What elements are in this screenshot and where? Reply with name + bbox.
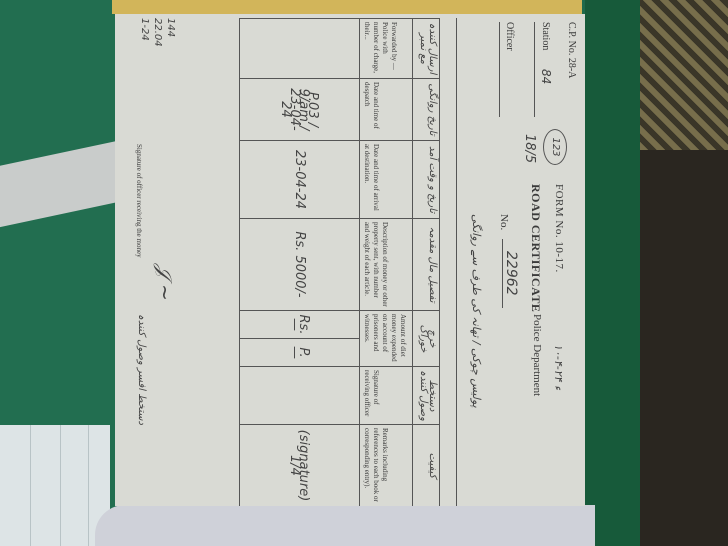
book-page-edges: [112, 0, 582, 14]
cell-diet-rs: Rs. —: [240, 311, 360, 339]
cell-description: Rs. 5000/-: [240, 219, 360, 311]
column-header-diet-money: Amount of diet money expended on account…: [360, 311, 413, 367]
column-header-receiving-officer: Signature of receiving officer: [360, 367, 413, 425]
green-book-cover: [585, 0, 645, 546]
column-header-arrival: Date and time of arrival at destination.: [360, 141, 413, 219]
officer-label: Officer: [504, 22, 515, 51]
department: Police Department: [531, 314, 543, 396]
urdu-subtitle: پولیس چوکی / تھانہ کی طرف سے روانگی: [470, 214, 483, 408]
form-header: C.P. No. 28-A Station 84 Officer 123 18/…: [440, 14, 585, 506]
column-header-row: Forwarded by — Police with number of cha…: [360, 19, 413, 507]
cell-despatch: P.03 / 9/am / 23-04-24: [240, 79, 360, 141]
urdu-header: تاریخ و وقت آمد: [413, 141, 440, 219]
cell-forwarded-by: [240, 19, 360, 79]
urdu-header-row: ارسال کنندہ مع نمبر تاریخ روانگی تاریخ و…: [413, 19, 440, 507]
cell-arrival: 23-04-24: [240, 141, 360, 219]
urdu-header: تفصیل مال مقدمہ: [413, 219, 440, 311]
cp-number: C.P. No. 28-A: [566, 22, 577, 78]
dark-background-right: [640, 0, 728, 546]
road-certificate-form: C.P. No. 28-A Station 84 Officer 123 18/…: [115, 14, 585, 506]
number-label: No.: [498, 214, 510, 230]
left-margin-notes: 144 22.04 1-24: [138, 18, 177, 47]
urdu-header: تاریخ روانگی: [413, 79, 440, 141]
register-page: C.P. No. 28-A Station 84 Officer 123 18/…: [115, 14, 585, 506]
station-label: Station: [540, 22, 551, 50]
column-header-remarks: Remarks including references to each boo…: [360, 425, 413, 507]
urdu-header: کیفیت: [413, 425, 440, 507]
cell-diet-p: P. —: [240, 339, 360, 367]
white-object-left: [0, 425, 110, 546]
book-binding-base: [95, 505, 595, 546]
certificate-table: ارسال کنندہ مع نمبر تاریخ روانگی تاریخ و…: [239, 18, 440, 506]
diet-p-value: —: [291, 342, 300, 363]
cell-remarks: (signature) 1/4: [240, 425, 360, 507]
urdu-header: خرچ خوراک: [413, 311, 440, 367]
handwritten-fraction: 18/5: [522, 134, 537, 163]
station-value: 84: [539, 69, 553, 84]
column-header-forwarded-by: Forwarded by — Police with number of cha…: [360, 19, 413, 79]
certificate-number: 22962: [502, 239, 519, 308]
form-title: ROAD CERTIFICATE: [528, 184, 543, 312]
form-number: FORM No. 10-17.: [553, 184, 565, 273]
urdu-header: دستخط وصول کنندہ: [413, 367, 440, 425]
signature-label: Signature of officer receiving the money: [135, 144, 143, 258]
column-header-despatch: Date and time of despatch: [360, 79, 413, 141]
cell-receiving-officer: [240, 367, 360, 425]
form-footer: 144 22.04 1-24 𝒥 ~ Signature of officer …: [115, 14, 185, 506]
column-header-description: Description of money or other property s…: [360, 219, 413, 311]
urdu-date: ۱۰-۴-۲۴ ء: [552, 344, 565, 390]
circled-serial-number: 123: [543, 129, 567, 165]
handwritten-signature: 𝒥 ~: [153, 264, 177, 301]
urdu-header: ارسال کنندہ مع نمبر: [413, 19, 440, 79]
table-row: P.03 / 9/am / 23-04-24 23-04-24 Rs. 5000…: [240, 19, 360, 507]
signature-urdu-label: دستخط افسر وصول کنندہ: [136, 314, 147, 425]
